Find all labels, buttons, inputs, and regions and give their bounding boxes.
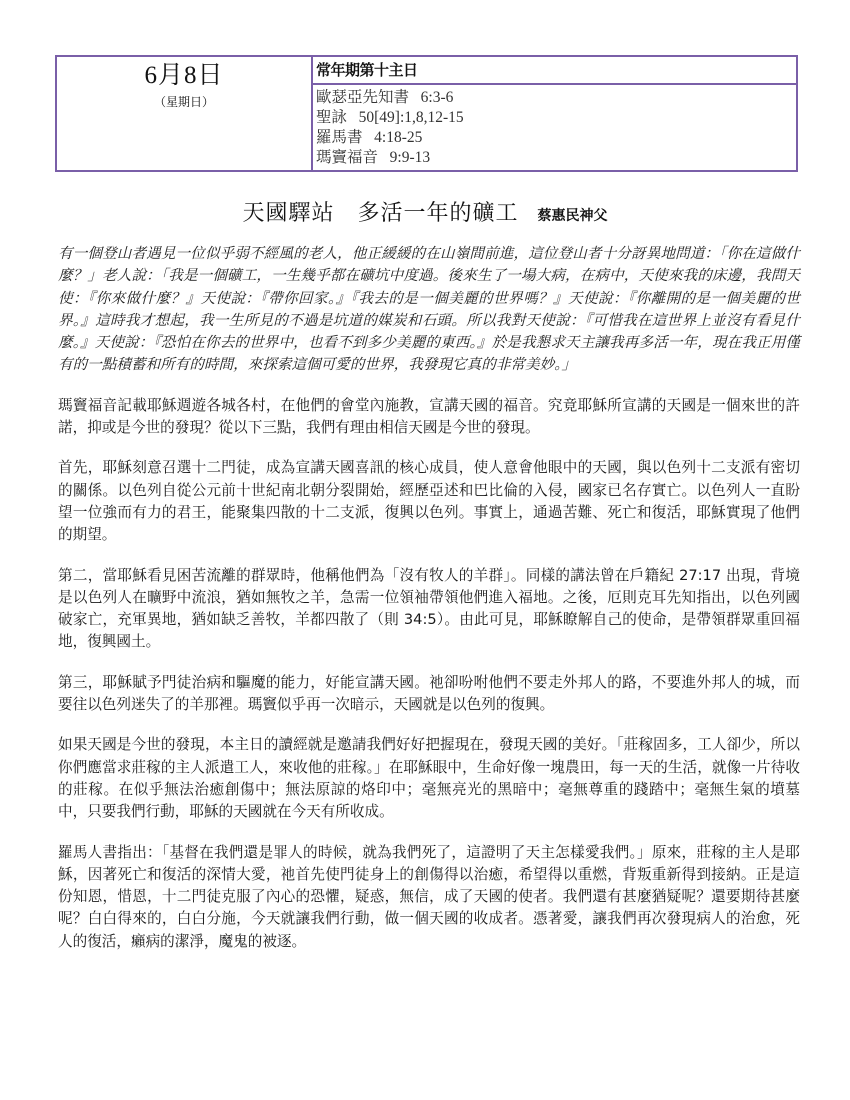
reading-item: 瑪竇福音 9:9-13	[316, 148, 796, 168]
reading-ref: 6:3-6	[421, 89, 454, 106]
date: 6月8日	[57, 61, 311, 91]
reading-item: 聖詠 50[49]:1,8,12-15	[316, 108, 796, 128]
body-paragraph: 首先，耶穌刻意召選十二門徒，成為宣講天國喜訊的核心成員，使人意會他眼中的天國，與…	[58, 457, 800, 546]
article-body: 有一個登山者遇見一位似乎弱不經風的老人，他正緩緩的在山嶺間前進，這位登山者十分訝…	[58, 243, 800, 971]
readings-list: 歐瑟亞先知書 6:3-6 聖詠 50[49]:1,8,12-15 羅馬書 4:1…	[313, 85, 796, 168]
reading-item: 歐瑟亞先知書 6:3-6	[316, 88, 796, 108]
reading-book: 瑪竇福音	[316, 149, 378, 166]
weekday: （星期日）	[57, 93, 311, 111]
body-paragraph: 第二，當耶穌看見困苦流離的群眾時，他稱他們為「沒有牧人的羊群」。同樣的講法曾在戶…	[58, 565, 800, 654]
feast-title: 常年期第十主日	[313, 57, 796, 85]
body-paragraph: 第三，耶穌賦予門徒治病和驅魔的能力，好能宣講天國。祂卻吩咐他們不要走外邦人的路，…	[58, 672, 800, 717]
article-title: 天國驛站 多活一年的礦工	[242, 201, 518, 226]
reading-book: 聖詠	[316, 109, 347, 126]
article-heading: 天國驛站 多活一年的礦工 蔡惠民神父	[0, 196, 850, 227]
reading-ref: 50[49]:1,8,12-15	[359, 109, 464, 126]
reading-ref: 9:9-13	[390, 149, 430, 166]
reading-book: 羅馬書	[316, 129, 363, 146]
article-author: 蔡惠民神父	[538, 208, 608, 224]
reading-item: 羅馬書 4:18-25	[316, 128, 796, 148]
body-paragraph: 羅馬人書指出：「基督在我們還是罪人的時候，就為我們死了，這證明了天主怎樣愛我們。…	[58, 842, 800, 953]
body-paragraph: 如果天國是今世的發現，本主日的讀經就是邀請我們好好把握現在，發現天國的美好。「莊…	[58, 734, 800, 823]
date-cell: 6月8日 （星期日）	[57, 57, 313, 170]
intro-story-paragraph: 有一個登山者遇見一位似乎弱不經風的老人，他正緩緩的在山嶺間前進，這位登山者十分訝…	[58, 243, 800, 377]
body-paragraph: 瑪竇福音記載耶穌週遊各城各村，在他們的會堂內施教，宣講天國的福音。究竟耶穌所宣講…	[58, 395, 800, 440]
readings-cell: 常年期第十主日 歐瑟亞先知書 6:3-6 聖詠 50[49]:1,8,12-15…	[313, 57, 796, 170]
reading-ref: 4:18-25	[374, 129, 422, 146]
reading-book: 歐瑟亞先知書	[316, 89, 409, 106]
liturgy-header-table: 6月8日 （星期日） 常年期第十主日 歐瑟亞先知書 6:3-6 聖詠 50[49…	[55, 55, 798, 172]
